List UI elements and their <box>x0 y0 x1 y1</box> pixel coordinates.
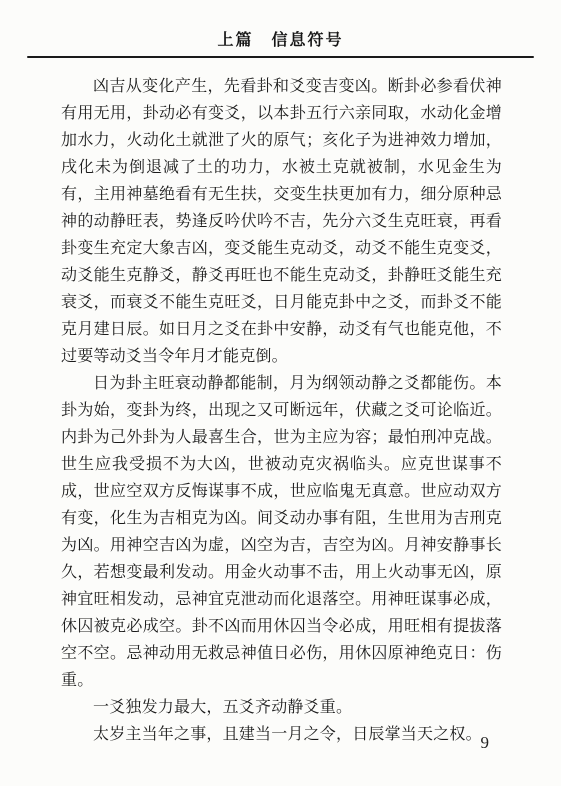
body-paragraph: 凶吉从变化产生，先看卦和爻变吉变凶。断卦必参看伏神有用无用，卦动必有变爻，以本卦… <box>61 73 502 370</box>
running-head: 上篇 信息符号 <box>0 27 561 50</box>
body-paragraph: 太岁主当年之事，且建当一月之令，日辰掌当天之权。 <box>61 721 502 748</box>
body-paragraph: 一爻独发力最大，五爻齐动静爻重。 <box>61 694 502 721</box>
header-divider <box>27 56 534 58</box>
page-number: 9 <box>481 733 490 753</box>
body-paragraph: 日为卦主旺衰动静都能制，月为纲领动静之爻都能伤。本卦为始，变卦为终，出现之又可断… <box>61 370 502 694</box>
page-body: 凶吉从变化产生，先看卦和爻变吉变凶。断卦必参看伏神有用无用，卦动必有变爻，以本卦… <box>61 73 502 748</box>
book-page: 上篇 信息符号 凶吉从变化产生，先看卦和爻变吉变凶。断卦必参看伏神有用无用，卦动… <box>0 0 561 786</box>
